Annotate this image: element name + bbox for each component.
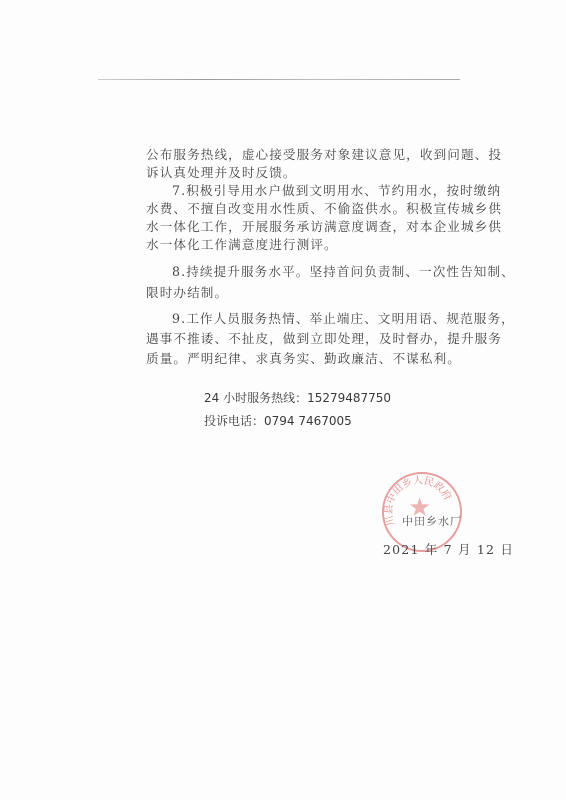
document-page: 公布服务热线，虚心接受服务对象建议意见，收到问题、投 诉认真处理并及时反馈。 7… [0,0,566,800]
body-line: 9.工作人员服务热情、举止端庄、文明用语、规范服务， [172,311,515,327]
body-line: 诉认真处理并及时反馈。 [146,165,297,181]
body-line: 水费、不擅自改变用水性质、不偷盗供水。积极宣传城乡供 [146,201,502,217]
body-line: 限时办结制。 [146,285,228,301]
body-line: 8.持续提升服务水平。坚持首问负责制、一次性告知制、 [172,264,515,280]
body-line: 7.积极引导用水户做到文明用水、节约用水，按时缴纳 [172,183,501,199]
body-line: 遇事不推诿、不扯皮，做到立即处理，及时督办，提升服务 [146,331,502,347]
body-line: 公布服务热线，虚心接受服务对象建议意见，收到问题、投 [146,147,502,163]
body-line: 质量。严明纪律、求真务实、勤政廉洁、不谋私利。 [146,351,461,367]
service-hotline: 24 小时服务热线：15279487750 [204,389,391,406]
header-rule [98,79,460,80]
complaint-phone: 投诉电话：0794 7467005 [204,412,352,429]
signature-org: 中田乡水厂 [402,513,462,529]
body-line: 水一体化工作，开展服务承访满意度调查，对本企业城乡供 [146,219,502,235]
document-date: 2021 年 7 月 12 日 [383,540,514,558]
body-line: 水一体化工作满意度进行测评。 [146,237,338,253]
